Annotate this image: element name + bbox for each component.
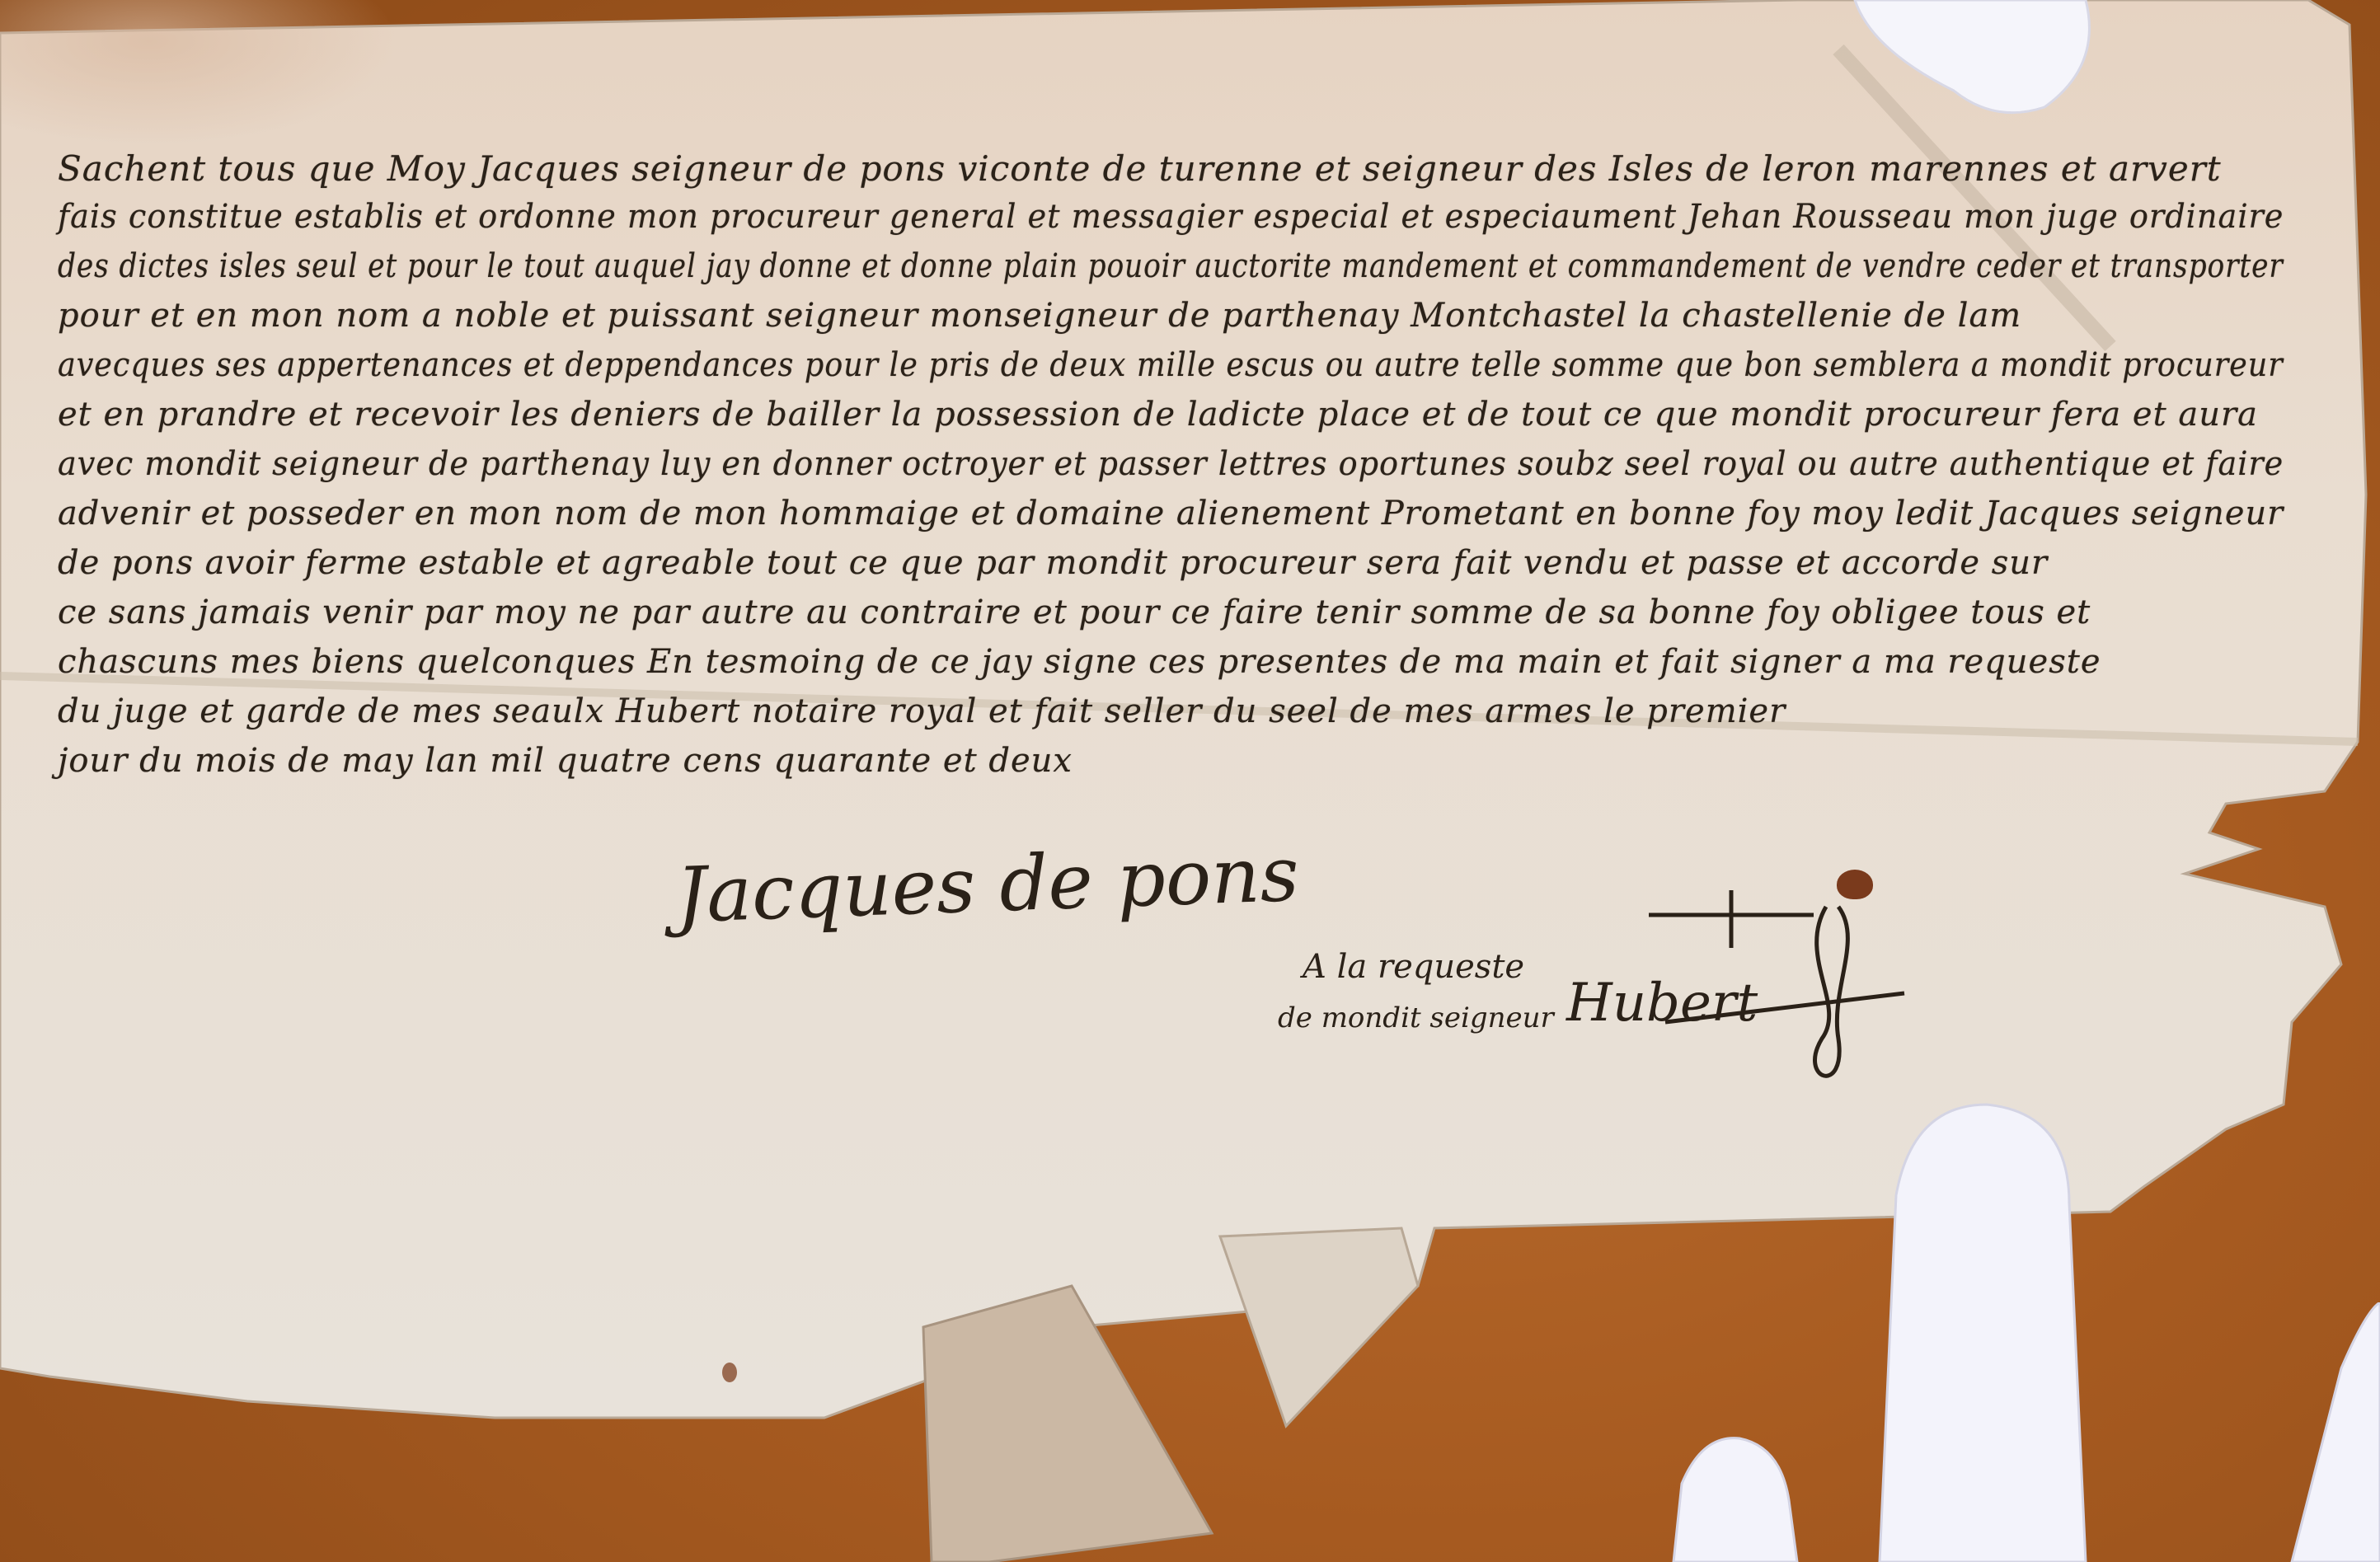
document-photo: Sachent tous que Moy Jacques seigneur de…	[0, 0, 2380, 1562]
text-line-9: de pons avoir ferme estable et agreable …	[58, 544, 2048, 582]
text-line-10: ce sans jamais venir par moy ne par autr…	[58, 593, 2091, 631]
notary-paraph-icon	[1632, 890, 1913, 1105]
glove-finger-small	[1657, 1434, 1822, 1562]
text-line-12: du juge et garde de mes seaulx Hubert no…	[58, 692, 1786, 730]
seal-tag-fold	[1220, 1228, 1418, 1426]
text-line-5: avecques ses appertenances et deppendanc…	[58, 346, 2284, 384]
countersign-line-1: A la requeste	[1303, 948, 1524, 986]
text-line-11: chascuns mes biens quelconques En tesmoi…	[58, 643, 2101, 681]
seal-tag	[923, 1286, 1212, 1562]
text-line-7: avec mondit seigneur de parthenay luy en…	[58, 445, 2284, 483]
countersign-line-2: de mondit seigneur	[1278, 1001, 1554, 1034]
text-line-4: pour et en mon nom a noble et puissant s…	[58, 297, 2021, 335]
glove-right-finger	[1863, 1096, 2110, 1562]
text-line-8: advenir et posseder en mon nom de mon ho…	[58, 495, 2284, 532]
text-line-13: jour du mois de may lan mil quatre cens …	[58, 742, 1073, 780]
text-line-1: Sachent tous que Moy Jacques seigneur de…	[58, 148, 2222, 189]
text-line-3: des dictes isles seul et pour le tout au…	[58, 247, 2284, 285]
text-line-6: et en prandre et recevoir les deniers de…	[58, 396, 2258, 434]
text-line-2: fais constitue establis et ordonne mon p…	[58, 198, 2284, 236]
glove-edge	[2242, 1302, 2380, 1562]
glove-top	[1838, 0, 2102, 115]
